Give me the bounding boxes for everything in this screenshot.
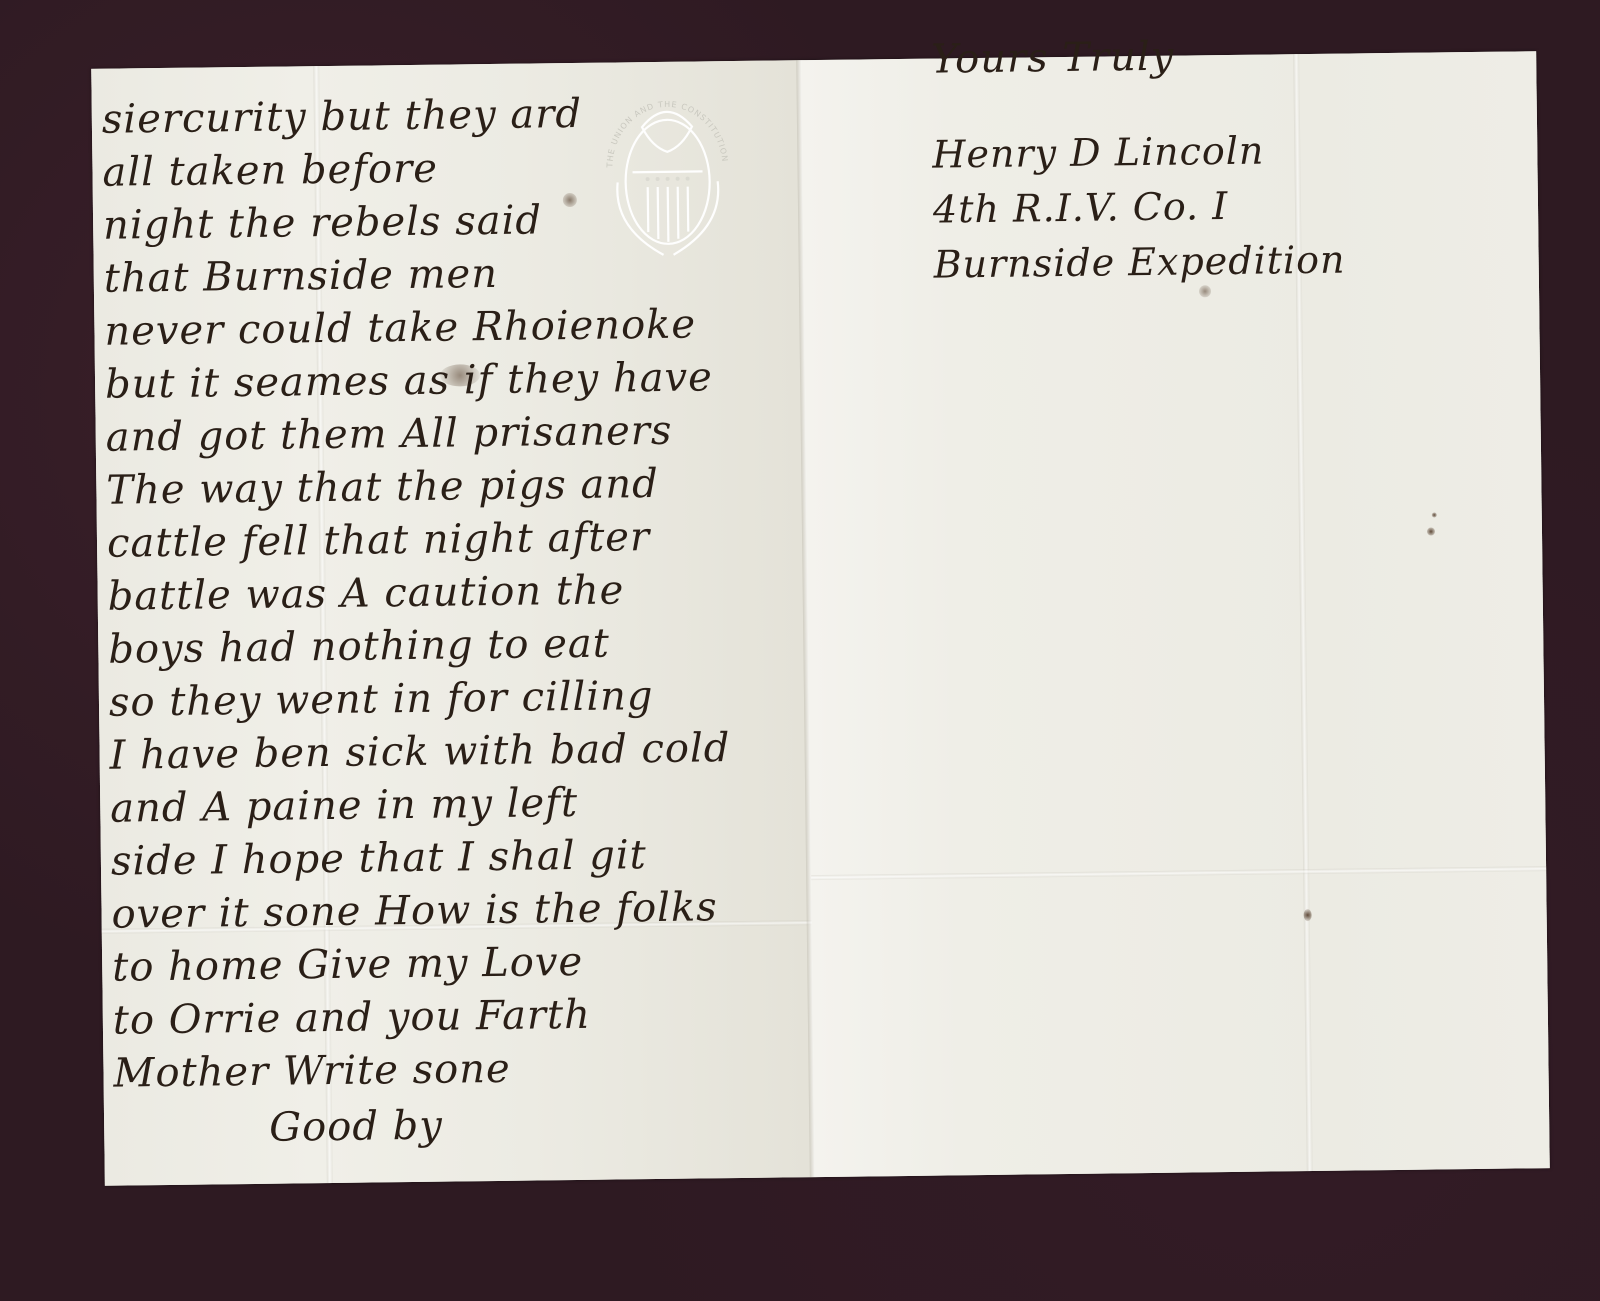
ink-spot [1432,512,1437,517]
letter-sheet: THE UNION AND THE CONSTITUTION siercurit… [91,51,1550,1186]
valediction: Yours Truly [931,29,1343,89]
left-page: THE UNION AND THE CONSTITUTION siercurit… [91,60,815,1186]
signature-unit: 4th R.I.V. Co. I [933,179,1345,239]
horizontal-fold-right [811,866,1546,880]
letter-line: Mother Write sone [113,1040,734,1101]
ink-spot [1304,909,1312,921]
signature-name: Henry D Lincoln [932,124,1344,184]
letter-line: The way that the pigs and [106,457,727,518]
ink-spot [1427,527,1435,535]
letter-line: siercurity but they ard [102,86,723,147]
letter-line: I have ben sick with bad cold [109,722,730,783]
letter-line: to Orrie and you Farth [113,987,734,1048]
letter-line: cattle fell that night after [107,510,728,571]
right-page: Yours Truly Henry D Lincoln 4th R.I.V. C… [801,51,1550,1177]
letter-closing: Good by [269,1100,443,1155]
letter-line: and got them All prisaners [105,404,726,465]
letter-line: boys had nothing to eat [108,616,729,677]
letter-line: battle was A caution the [107,563,728,624]
letter-line: over it sone How is the folks [111,881,732,942]
signature-expedition: Burnside Expedition [933,234,1345,294]
letter-line: never could take Rhoienoke [104,298,725,359]
letter-line: all taken before [102,139,723,200]
letter-line: so they went in for cilling [109,669,730,730]
letter-line: and A paine in my left [110,775,731,836]
letter-body: siercurity but they ard all taken before… [102,86,735,1101]
signature-block: Yours Truly Henry D Lincoln 4th R.I.V. C… [931,29,1346,294]
letter-line: but it seames as if they have [105,351,726,412]
letter-line: to home Give my Love [112,934,733,995]
letter-line: that Burnside men [103,245,724,306]
letter-line: night the rebels said [103,192,724,253]
letter-line: side I hope that I shal git [111,828,732,889]
